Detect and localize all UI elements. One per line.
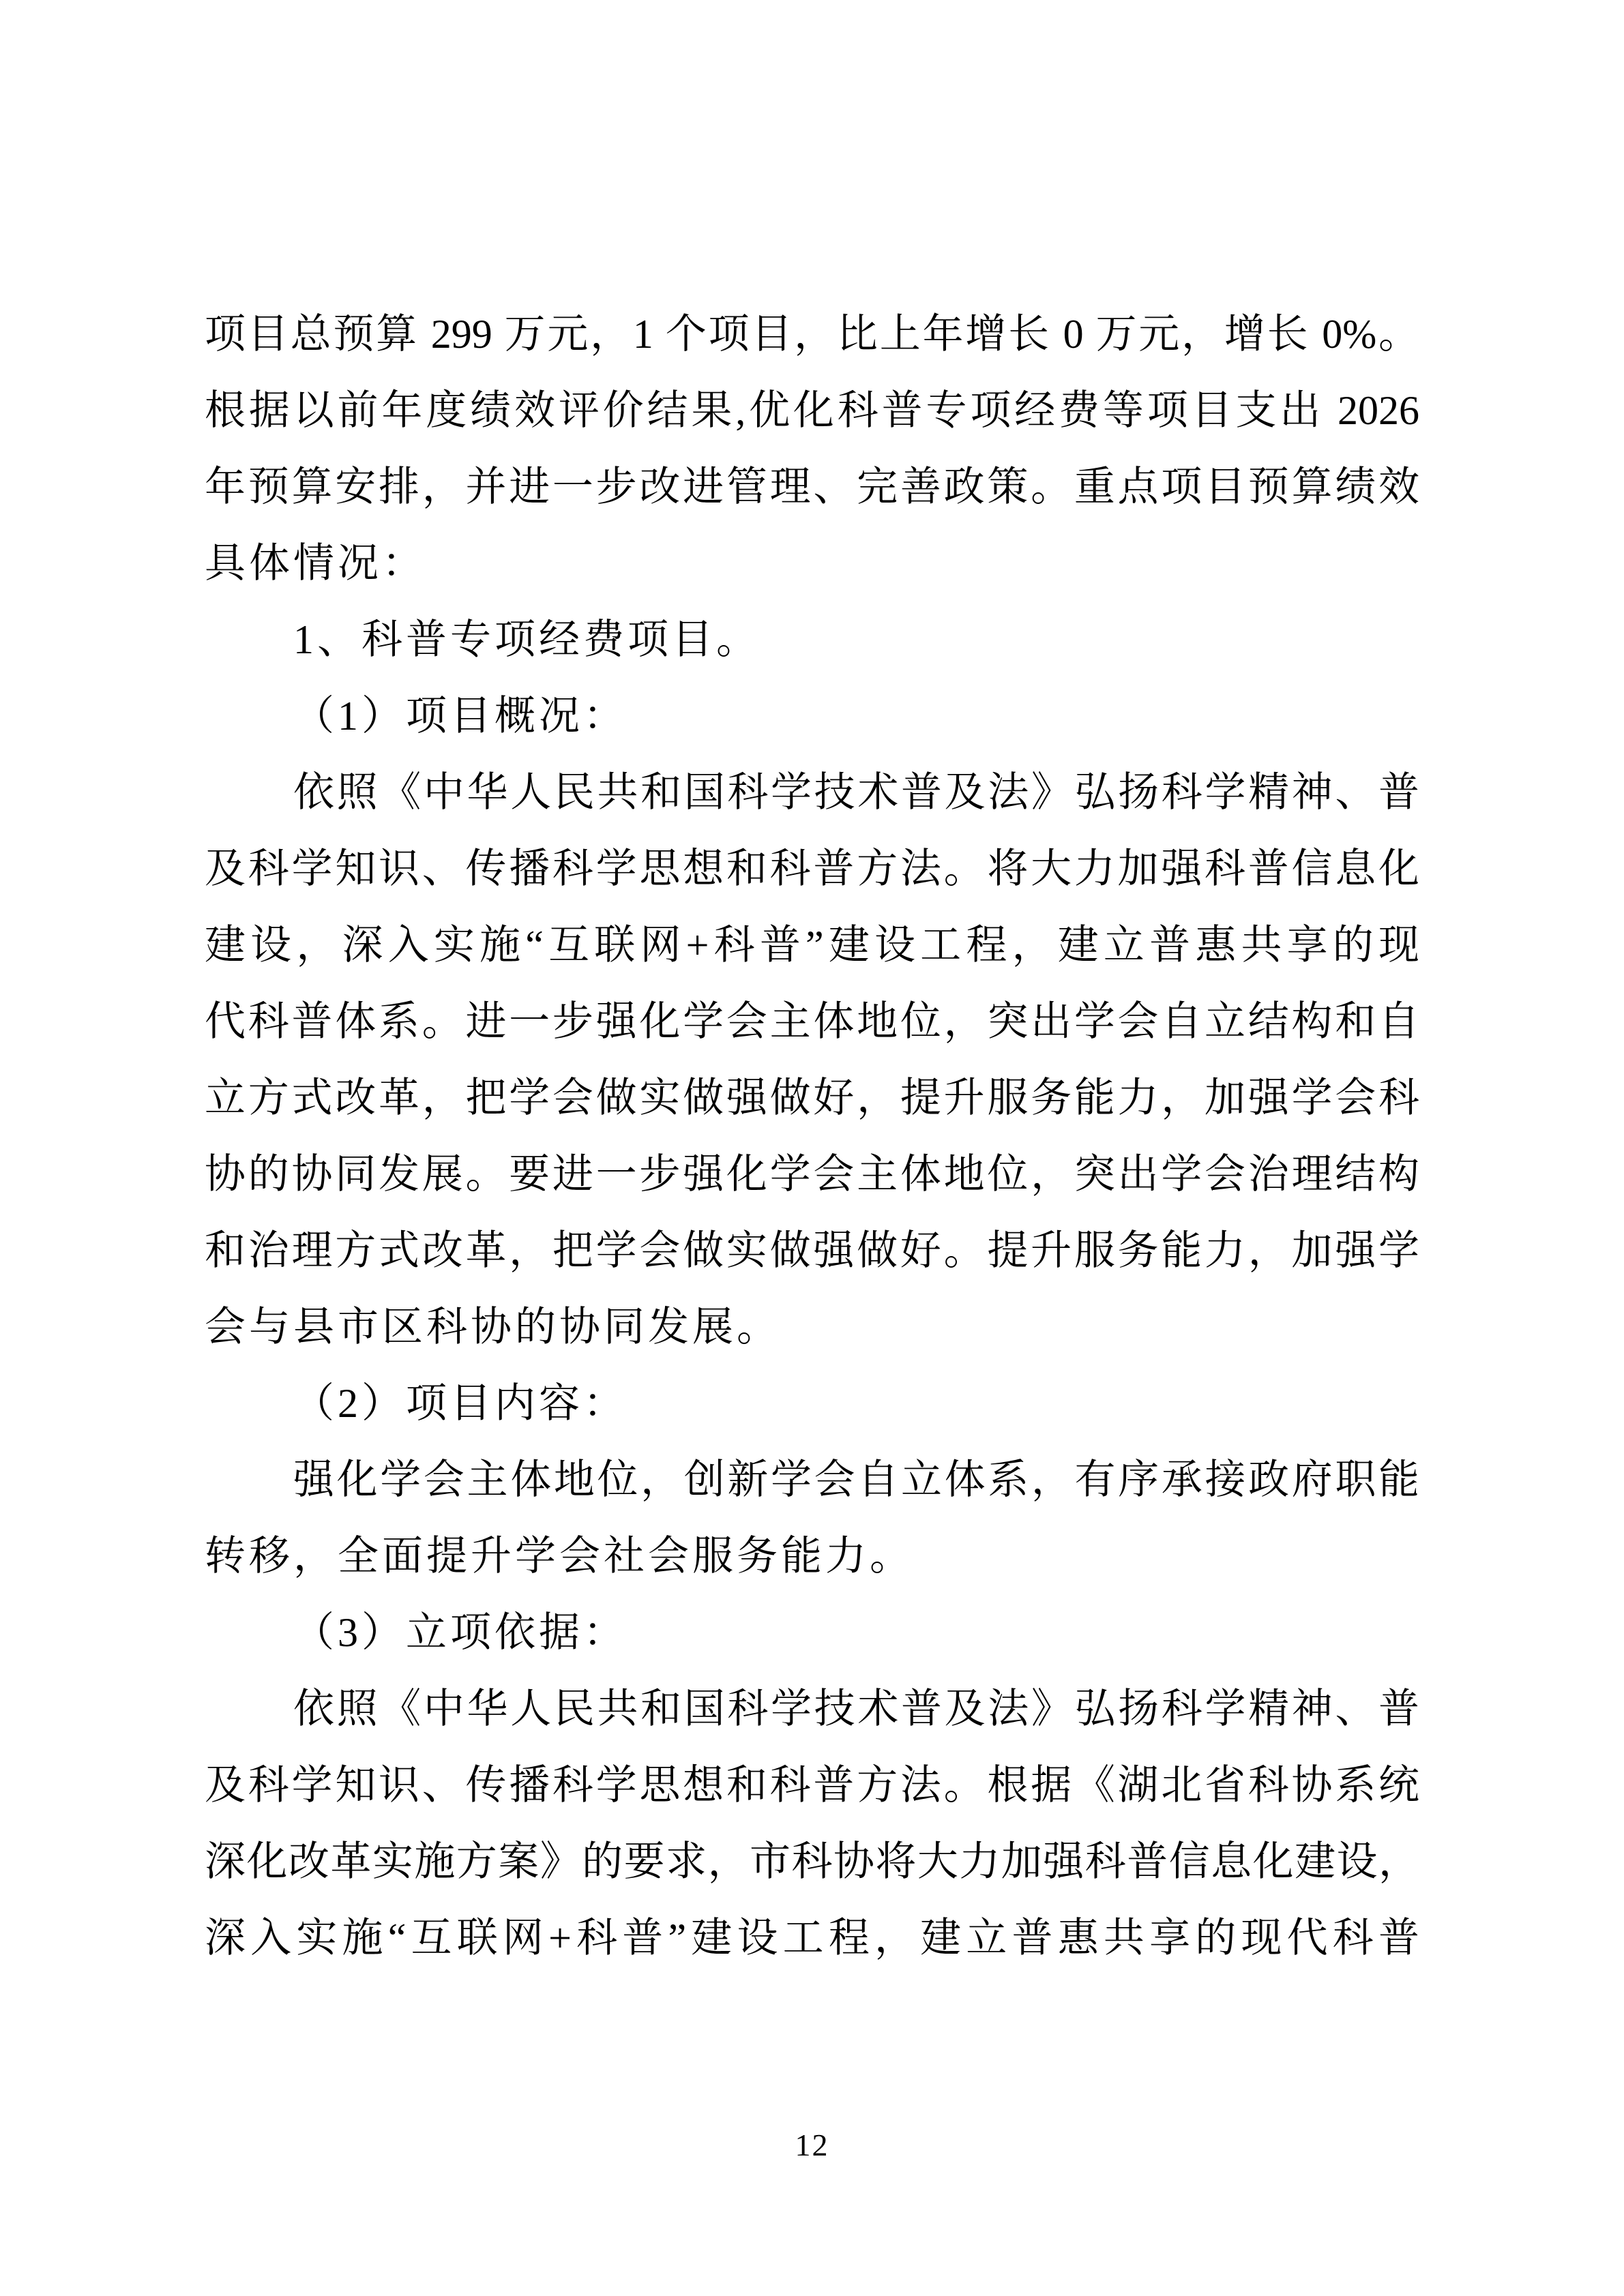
- text-line: 及科学知识、传播科学思想和科普方法。根据《湖北省科协系统: [205, 1747, 1419, 1823]
- text-line: 深入实施“互联网+科普”建设工程，建立普惠共享的现代科普: [205, 1900, 1419, 1976]
- text-line: 协的协同发展。要进一步强化学会主体地位，突出学会治理结构: [205, 1136, 1419, 1212]
- text-line: 立方式改革，把学会做实做强做好，提升服务能力，加强学会科: [205, 1060, 1419, 1136]
- text-line: 1、科普专项经费项目。: [205, 601, 1419, 678]
- page-number: 12: [0, 2123, 1624, 2168]
- text-line: 强化学会主体地位，创新学会自立体系，有序承接政府职能: [205, 1442, 1419, 1518]
- text-line: 建设，深入实施“互联网+科普”建设工程，建立普惠共享的现: [205, 907, 1419, 983]
- text-line: 依照《中华人民共和国科学技术普及法》弘扬科学精神、普: [205, 754, 1419, 831]
- document-page: 项目总预算 299 万元，1 个项目，比上年增长 0 万元，增长 0%。根据以前…: [0, 0, 1624, 2296]
- text-line: 和治理方式改革，把学会做实做强做好。提升服务能力，加强学: [205, 1212, 1419, 1289]
- text-line: 代科普体系。进一步强化学会主体地位，突出学会自立结构和自: [205, 983, 1419, 1060]
- text-line: （1）项目概况：: [205, 678, 1419, 754]
- text-line: 依照《中华人民共和国科学技术普及法》弘扬科学精神、普: [205, 1671, 1419, 1747]
- text-line: （2）项目内容：: [205, 1365, 1419, 1442]
- text-line: 根据以前年度绩效评价结果,优化科普专项经费等项目支出 2026: [205, 372, 1419, 449]
- text-line: （3）立项依据：: [205, 1594, 1419, 1671]
- text-line: 深化改革实施方案》的要求，市科协将大力加强科普信息化建设，: [205, 1823, 1419, 1900]
- text-line: 会与县市区科协的协同发展。: [205, 1289, 1419, 1365]
- text-line: 具体情况：: [205, 525, 1419, 601]
- text-line: 年预算安排，并进一步改进管理、完善政策。重点项目预算绩效: [205, 449, 1419, 525]
- text-line: 及科学知识、传播科学思想和科普方法。将大力加强科普信息化: [205, 831, 1419, 907]
- document-body: 项目总预算 299 万元，1 个项目，比上年增长 0 万元，增长 0%。根据以前…: [205, 296, 1419, 1976]
- text-line: 项目总预算 299 万元，1 个项目，比上年增长 0 万元，增长 0%。: [205, 296, 1419, 372]
- text-line: 转移，全面提升学会社会服务能力。: [205, 1518, 1419, 1594]
